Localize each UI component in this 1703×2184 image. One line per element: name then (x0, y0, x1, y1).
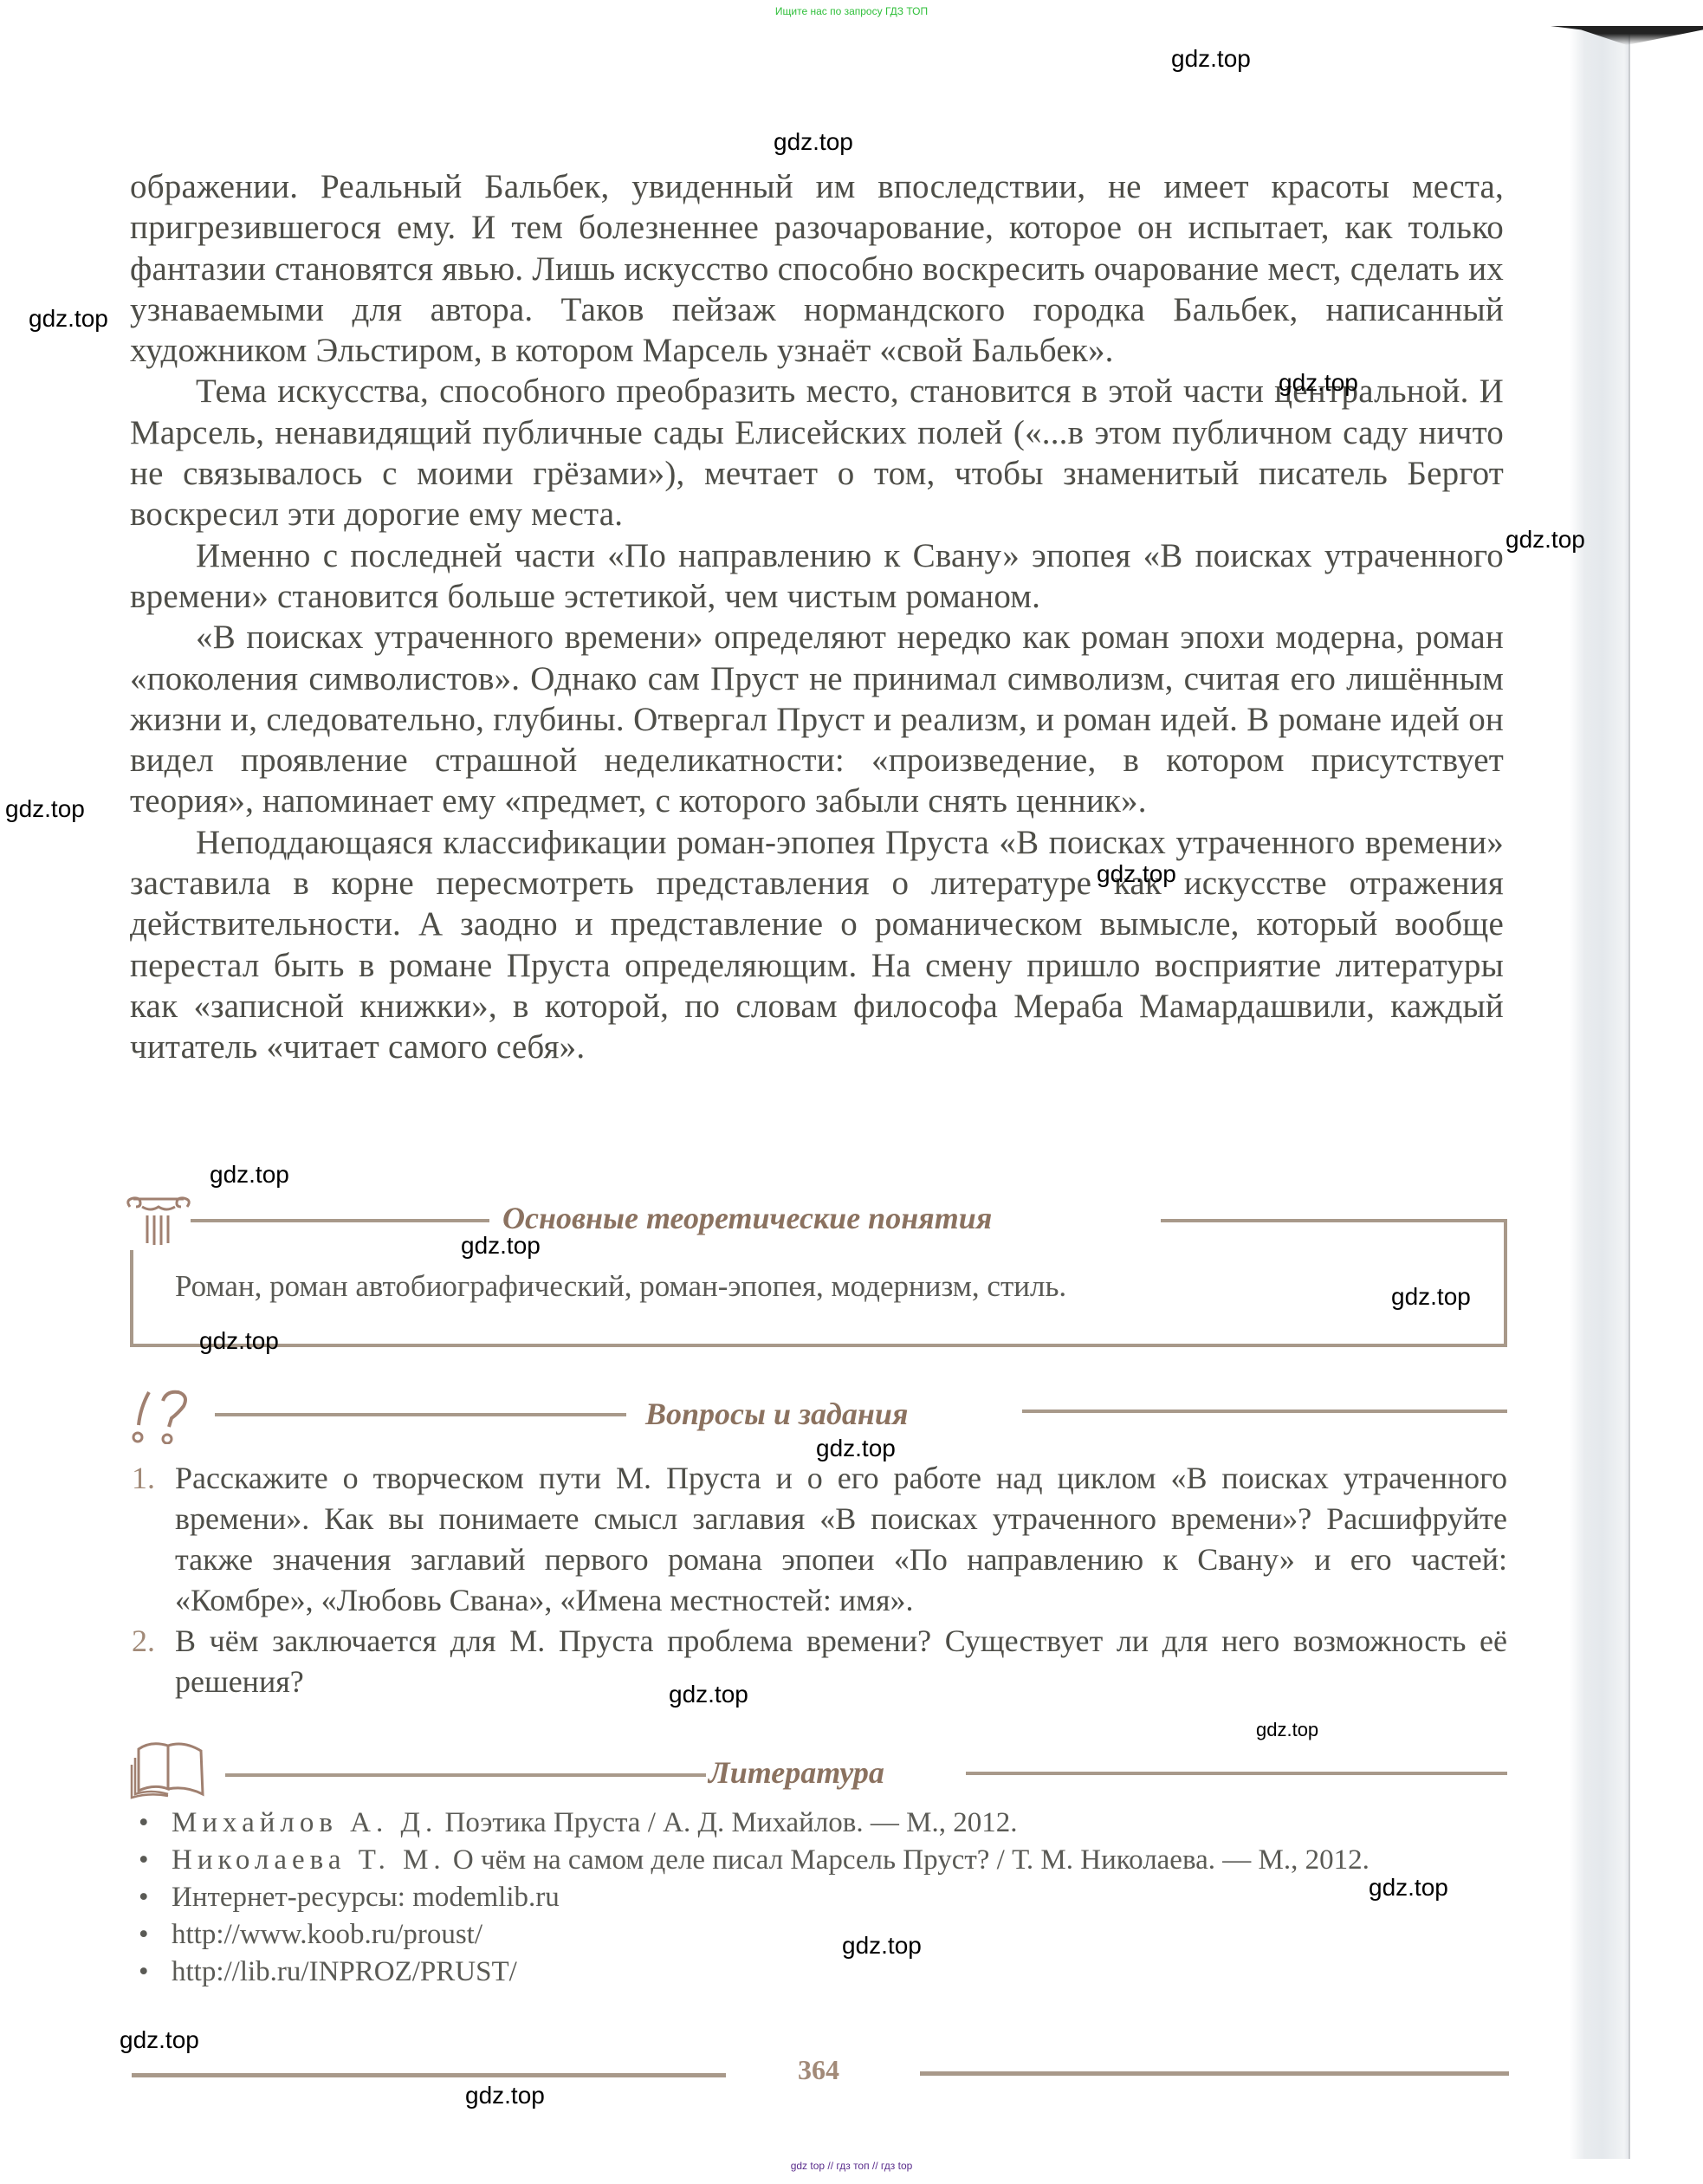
watermark: gdz.top (1171, 47, 1251, 71)
watermark: gdz.top (842, 1934, 922, 1958)
questions-section: Вопросы и задания (130, 1389, 1507, 1441)
bottom-banner: gdz top // гдз топ // гдз top (0, 2160, 1703, 2172)
footer-divider-right (920, 2071, 1509, 2076)
box-border-bottom (130, 1344, 1507, 1347)
literature-link[interactable]: • http://www.koob.ru/proust/ (139, 1916, 1507, 1954)
box-border-left (130, 1250, 133, 1347)
divider (225, 1773, 706, 1777)
watermark: gdz.top (1506, 528, 1585, 552)
exclamation-question-icon (130, 1389, 199, 1444)
body-text: ображении. Реальный Бальбек, увиденный и… (130, 166, 1504, 1068)
paragraph: «В поисках утраченного времени» определя… (130, 617, 1504, 821)
literature-url[interactable]: http://www.koob.ru/proust/ (172, 1919, 482, 1950)
watermark: gdz.top (1279, 371, 1358, 395)
literature-list: • Михайлов А. Д. Поэтика Пруста / А. Д. … (139, 1805, 1507, 1991)
concepts-section: Основные теоретические понятия Роман, ро… (130, 1198, 1507, 1347)
bullet-icon: • (139, 1954, 149, 1991)
literature-title: Интернет-ресурсы: modemlib.ru (172, 1882, 560, 1913)
footer-divider-left (132, 2073, 726, 2077)
section-title: Основные теоретические понятия (502, 1200, 992, 1236)
literature-url[interactable]: http://lib.ru/INPROZ/PRUST/ (172, 1956, 517, 1987)
bullet-icon: • (139, 1879, 149, 1916)
watermark: gdz.top (816, 1436, 896, 1461)
ionic-column-icon (123, 1195, 194, 1247)
watermark: gdz.top (120, 2028, 199, 2052)
watermark: gdz.top (1391, 1285, 1471, 1309)
question-number: 1. (132, 1458, 155, 1499)
bullet-icon: • (139, 1842, 149, 1879)
literature-link[interactable]: • http://lib.ru/INPROZ/PRUST/ (139, 1954, 1507, 1991)
divider (215, 1413, 626, 1416)
section-title: Литература (709, 1754, 884, 1791)
literature-section: Литература (130, 1737, 1507, 1798)
paragraph: ображении. Реальный Бальбек, увиденный и… (130, 166, 1504, 371)
literature-author: Николаева Т. М. (172, 1844, 446, 1876)
question-number: 2. (132, 1621, 155, 1662)
literature-item: • Михайлов А. Д. Поэтика Пруста / А. Д. … (139, 1805, 1507, 1842)
open-book-icon (130, 1737, 217, 1803)
page-number: 364 (798, 2054, 839, 2086)
literature-author: Михайлов А. Д. (172, 1807, 437, 1838)
book-spine-edge (1629, 28, 1630, 2159)
question-text: Расскажите о творческом пути М. Пруста и… (175, 1461, 1507, 1617)
divider (191, 1219, 489, 1222)
watermark: gdz.top (1369, 1876, 1448, 1900)
bullet-icon: • (139, 1916, 149, 1954)
watermark: gdz.top (465, 2084, 545, 2108)
literature-title: О чём на самом деле писал Марсель Пруст?… (446, 1844, 1370, 1876)
literature-title: Поэтика Пруста / А. Д. Михайлов. — М., 2… (437, 1807, 1017, 1838)
watermark: gdz.top (774, 130, 853, 154)
question-item: 2. В чём заключается для М. Пруста пробл… (130, 1621, 1507, 1702)
paragraph: Неподдающаяся классификации роман-эпопея… (130, 822, 1504, 1068)
watermark: gdz.top (1256, 1721, 1318, 1740)
divider (1022, 1410, 1507, 1413)
paragraph: Именно с последней части «По направлению… (130, 535, 1504, 618)
watermark: gdz.top (199, 1329, 279, 1353)
box-border-right (1504, 1219, 1507, 1347)
concepts-text: Роман, роман автобиографический, роман-э… (175, 1269, 1066, 1304)
questions-list: 1. Расскажите о творческом пути М. Пруст… (130, 1458, 1507, 1702)
divider (1161, 1219, 1507, 1222)
watermark: gdz.top (461, 1234, 541, 1258)
top-banner: Ищите нас по запросу ГДЗ ТОП (0, 5, 1703, 17)
watermark: gdz.top (1097, 862, 1176, 886)
watermark: gdz.top (210, 1163, 289, 1187)
literature-item: • Николаева Т. М. О чём на самом деле пи… (139, 1842, 1507, 1879)
bullet-icon: • (139, 1805, 149, 1842)
watermark: gdz.top (669, 1682, 748, 1707)
book-spine (1570, 28, 1630, 2159)
watermark: gdz.top (29, 307, 108, 331)
question-text: В чём заключается для М. Пруста проблема… (175, 1623, 1507, 1699)
watermark: gdz.top (5, 797, 85, 821)
question-item: 1. Расскажите о творческом пути М. Пруст… (130, 1458, 1507, 1621)
divider (966, 1772, 1507, 1775)
literature-item: • Интернет-ресурсы: modemlib.ru (139, 1879, 1507, 1916)
section-title: Вопросы и задания (645, 1396, 908, 1432)
